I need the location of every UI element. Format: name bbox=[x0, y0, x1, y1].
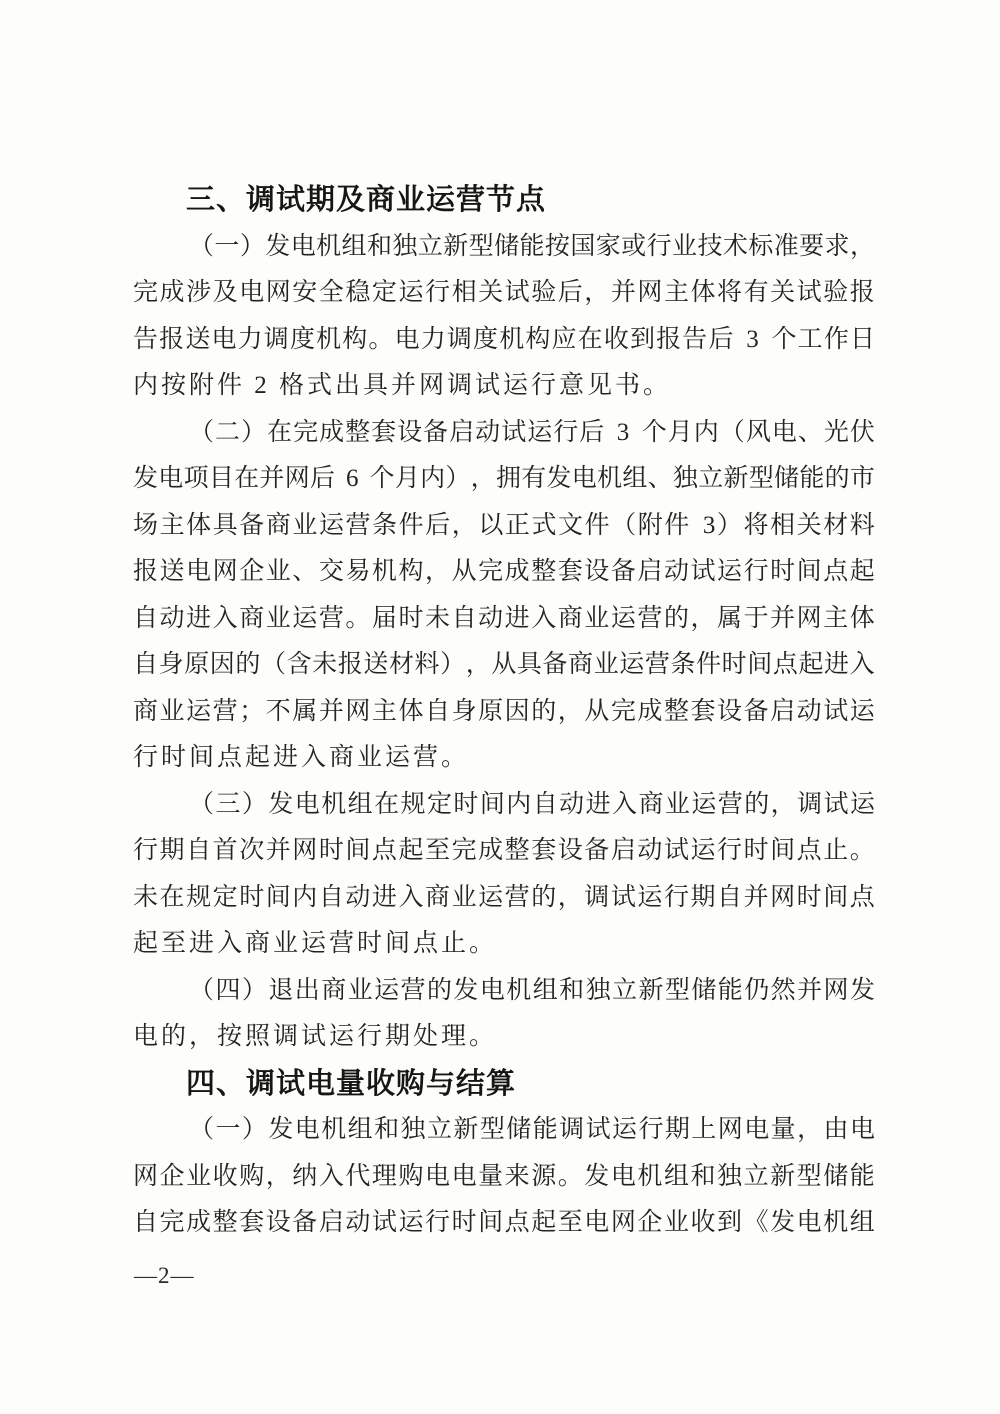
text-line: （二）在完成整套设备启动试运行后 3 个月内（风电、光伏 bbox=[133, 410, 875, 457]
text-line: 场主体具备商业运营条件后，以正式文件（附件 3）将相关材料 bbox=[133, 503, 875, 550]
text-line: 报送电网企业、交易机构，从完成整套设备启动试运行时间点起 bbox=[133, 549, 875, 596]
document-text-block: 三、调试期及商业运营节点 （一）发电机组和独立新型储能按国家或行业技术标准要求，… bbox=[133, 177, 875, 1247]
text-line: 商业运营；不属并网主体自身原因的，从完成整套设备启动试运 bbox=[133, 689, 875, 736]
text-line: 电的，按照调试运行期处理。 bbox=[133, 1014, 875, 1061]
text-line: 自完成整套设备启动试运行时间点起至电网企业收到《发电机组 bbox=[133, 1200, 875, 1247]
text-line: 内按附件 2 格式出具并网调试运行意见书。 bbox=[133, 363, 875, 410]
text-line: 未在规定时间内自动进入商业运营的，调试运行期自并网时间点 bbox=[133, 875, 875, 922]
text-line: 告报送电力调度机构。电力调度机构应在收到报告后 3 个工作日 bbox=[133, 317, 875, 364]
text-line: （四）退出商业运营的发电机组和独立新型储能仍然并网发 bbox=[133, 968, 875, 1015]
text-line: 起至进入商业运营时间点止。 bbox=[133, 921, 875, 968]
text-line: 自身原因的（含未报送材料），从具备商业运营条件时间点起进入 bbox=[133, 642, 875, 689]
section-heading-3: 三、调试期及商业运营节点 bbox=[133, 177, 875, 224]
section-heading-4: 四、调试电量收购与结算 bbox=[133, 1061, 875, 1108]
document-page: 三、调试期及商业运营节点 （一）发电机组和独立新型储能按国家或行业技术标准要求，… bbox=[0, 0, 1000, 1414]
page-number: —2— bbox=[134, 1261, 195, 1291]
text-line: 行期自首次并网时间点起至完成整套设备启动试运行时间点止。 bbox=[133, 828, 875, 875]
text-line: 发电项目在并网后 6 个月内），拥有发电机组、独立新型储能的市 bbox=[133, 456, 875, 503]
text-line: 自动进入商业运营。届时未自动进入商业运营的，属于并网主体 bbox=[133, 596, 875, 643]
text-line: 完成涉及电网安全稳定运行相关试验后，并网主体将有关试验报 bbox=[133, 270, 875, 317]
text-line: 网企业收购，纳入代理购电电量来源。发电机组和独立新型储能 bbox=[133, 1154, 875, 1201]
text-line: （三）发电机组在规定时间内自动进入商业运营的，调试运 bbox=[133, 782, 875, 829]
text-line: （一）发电机组和独立新型储能调试运行期上网电量，由电 bbox=[133, 1107, 875, 1154]
text-line: 行时间点起进入商业运营。 bbox=[133, 735, 875, 782]
text-line: （一）发电机组和独立新型储能按国家或行业技术标准要求， bbox=[133, 224, 875, 271]
